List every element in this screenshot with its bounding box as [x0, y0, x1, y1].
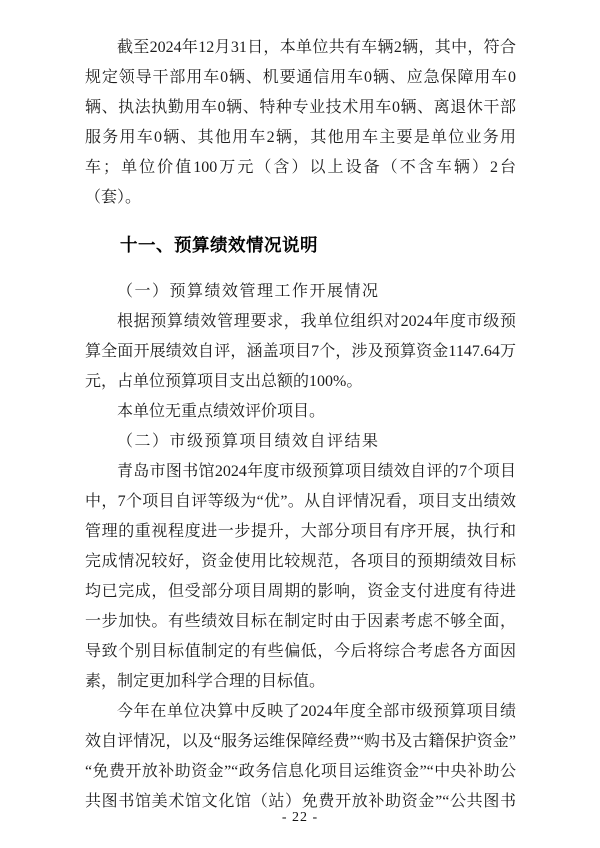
document-content: 截至2024年12月31日，本单位共有车辆2辆，其中，符合规定领导干部用车0辆、…: [85, 33, 516, 817]
paragraph-self-evaluation-results: 青岛市图书馆2024年度市级预算项目绩效自评的7个项目中，7个项目自评等级为“优…: [85, 457, 516, 697]
paragraph-vehicle-info: 截至2024年12月31日，本单位共有车辆2辆，其中，符合规定领导干部用车0辆、…: [85, 33, 516, 213]
document-page: 截至2024年12月31日，本单位共有车辆2辆，其中，符合规定领导干部用车0辆、…: [0, 0, 600, 848]
paragraph-no-key-evaluation: 本单位无重点绩效评价项目。: [85, 397, 516, 427]
paragraph-performance-management: 根据预算绩效管理要求，我单位组织对2024年度市级预算全面开展绩效自评，涵盖项目…: [85, 307, 516, 397]
paragraph-final-accounts-disclosure: 今年在单位决算中反映了2024年度全部市级预算项目绩效自评情况，以及“服务运维保…: [85, 697, 516, 817]
subsection-2-title: （二）市级预算项目绩效自评结果: [85, 427, 516, 457]
page-number: - 22 -: [0, 810, 600, 826]
subsection-1-title: （一）预算绩效管理工作开展情况: [85, 277, 516, 307]
section-heading-budget-performance: 十一、预算绩效情况说明: [85, 230, 516, 260]
